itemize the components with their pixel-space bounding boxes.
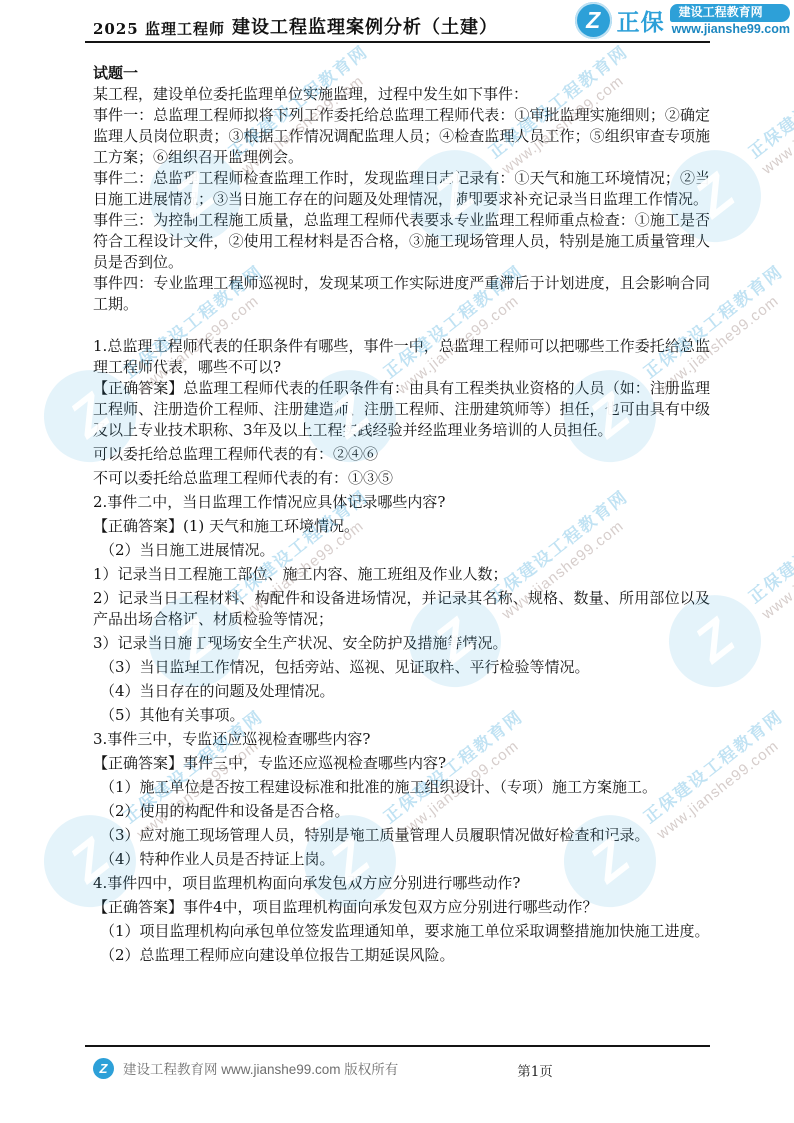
brand-logo: Z 正保 建设工程教育网 www.jianshe99.com bbox=[573, 1, 792, 40]
document-body: 试题一 某工程，建设单位委托监理单位实施监理，过程中发生如下事件：事件一：总监理… bbox=[93, 63, 710, 966]
paragraph-list: 某工程，建设单位委托监理单位实施监理，过程中发生如下事件：事件一：总监理工程师拟… bbox=[93, 84, 710, 966]
document-page: 2025 监理工程师 建设工程监理案例分析（土建） Z 正保 建设工程教育网 w… bbox=[0, 0, 794, 1123]
paragraph: （3）应对施工现场管理人员，特别是施工质量管理人员履职情况做好检查和记录。 bbox=[93, 825, 710, 846]
paragraph: 事件一：总监理工程师拟将下列工作委托给总监理工程师代表：①审批监理实施细则；②确… bbox=[93, 105, 710, 168]
watermark-site-name: 正保建设工程教育网 bbox=[745, 486, 794, 609]
watermark-site-url: www.jianshe99.com bbox=[758, 59, 794, 180]
paragraph: （2）总监理工程师应向建设单位报告工期延误风险。 bbox=[93, 945, 710, 966]
paragraph: （2）使用的构配件和设备是否合格。 bbox=[93, 801, 710, 822]
paragraph: （2）当日施工进展情况。 bbox=[93, 540, 710, 561]
paragraph: （4）特种作业人员是否持证上岗。 bbox=[93, 849, 710, 870]
page-header: 2025 监理工程师 建设工程监理案例分析（土建） Z 正保 建设工程教育网 w… bbox=[0, 0, 794, 44]
zhengbao-logo-icon: Z bbox=[575, 2, 612, 39]
paragraph: （5）其他有关事项。 bbox=[93, 705, 710, 726]
paragraph: （1）施工单位是否按工程建设标准和批准的施工组织设计、（专项）施工方案施工。 bbox=[93, 777, 710, 798]
paragraph: 某工程，建设单位委托监理单位实施监理，过程中发生如下事件： bbox=[93, 84, 710, 105]
paragraph: 【正确答案】总监理工程师代表的任职条件有：由具有工程类执业资格的人员（如：注册监… bbox=[93, 378, 710, 441]
zhengbao-logo-icon: Z bbox=[93, 1058, 114, 1079]
watermark-text-block: 正保建设工程教育网www.jianshe99.com bbox=[745, 41, 794, 179]
paragraph: （1）项目监理机构向承包单位签发监理通知单，要求施工单位采取调整措施加快施工进度… bbox=[93, 921, 710, 942]
footer-divider bbox=[85, 1045, 710, 1047]
watermark-site-url: www.jianshe99.com bbox=[758, 504, 794, 625]
paragraph: 1）记录当日工程施工部位、施工内容、施工班组及作业人数； bbox=[93, 564, 710, 585]
watermark-site-name: 正保建设工程教育网 bbox=[745, 41, 794, 164]
watermark-text-block: 正保建设工程教育网www.jianshe99.com bbox=[745, 486, 794, 624]
header-course-label: 2025 监理工程师 bbox=[93, 18, 225, 39]
paragraph: （3）当日监理工作情况，包括旁站、巡视、见证取样、平行检验等情况。 bbox=[93, 657, 710, 678]
paragraph: 不可以委托给总监理工程师代表的有：①③⑤ bbox=[93, 468, 710, 489]
paragraph: 事件四：专业监理工程师巡视时，发现某项工作实际进度严重滞后于计划进度，且会影响合… bbox=[93, 273, 710, 315]
paragraph: 1.总监理工程师代表的任职条件有哪些，事件一中，总监理工程师可以把哪些工作委托给… bbox=[93, 336, 710, 378]
question-set-heading: 试题一 bbox=[93, 63, 710, 84]
page-title: 建设工程监理案例分析（土建） bbox=[215, 13, 515, 39]
brand-name: 正保 bbox=[617, 4, 665, 37]
copyright-text: 建设工程教育网 www.jianshe99.com 版权所有 bbox=[123, 1058, 398, 1078]
page-footer: Z 建设工程教育网 www.jianshe99.com 版权所有 bbox=[93, 1056, 398, 1080]
paragraph: 【正确答案】事件三中，专监还应巡视检查哪些内容? bbox=[93, 753, 710, 774]
paragraph: 2）记录当日工程材料、构配件和设备进场情况，并记录其名称、规格、数量、所用部位以… bbox=[93, 588, 710, 630]
paragraph: 事件二：总监理工程师检查监理工作时，发现监理日志记录有：①天气和施工环境情况；②… bbox=[93, 168, 710, 210]
paragraph: 事件三：为控制工程施工质量，总监理工程师代表要求专业监理工程师重点检查：①施工是… bbox=[93, 210, 710, 273]
brand-site-block: 建设工程教育网 www.jianshe99.com bbox=[670, 4, 790, 38]
paragraph: 4.事件四中，项目监理机构面向承发包双方应分别进行哪些动作? bbox=[93, 873, 710, 894]
brand-site-url: www.jianshe99.com bbox=[670, 22, 790, 38]
paragraph: 2.事件二中，当日监理工作情况应具体记录哪些内容? bbox=[93, 492, 710, 513]
paragraph: 【正确答案】(1) 天气和施工环境情况。 bbox=[93, 516, 710, 537]
paragraph: 3.事件三中，专监还应巡视检查哪些内容? bbox=[93, 729, 710, 750]
paragraph: 可以委托给总监理工程师代表的有：②④⑥ bbox=[93, 444, 710, 465]
paragraph: （4）当日存在的问题及处理情况。 bbox=[93, 681, 710, 702]
header-divider bbox=[85, 41, 710, 43]
brand-site-name: 建设工程教育网 bbox=[670, 4, 790, 22]
paragraph: 3）记录当日施工现场安全生产状况、安全防护及措施等情况。 bbox=[93, 633, 710, 654]
page-number: 第1页 bbox=[475, 1060, 595, 1080]
paragraph: 【正确答案】事件4中，项目监理机构面向承发包双方应分别进行哪些动作？ bbox=[93, 897, 710, 918]
